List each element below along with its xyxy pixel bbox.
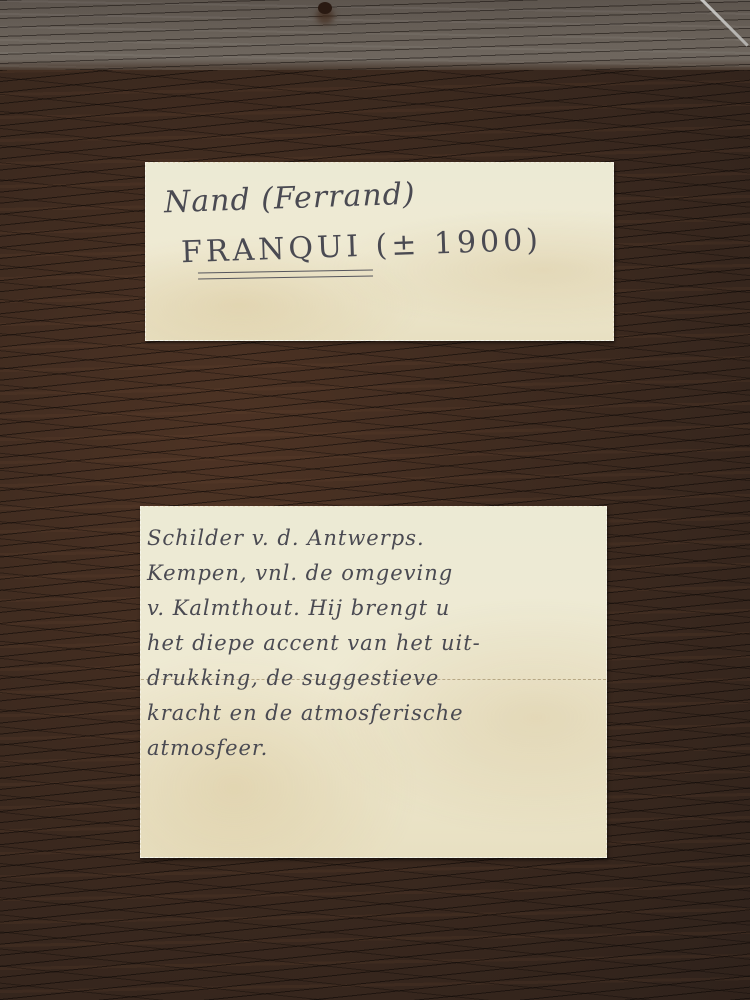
description-line: v. Kalmthout. Hij brengt u xyxy=(147,591,596,626)
frame-top-edge xyxy=(0,0,750,70)
description-line: kracht en de atmosferische xyxy=(147,696,596,731)
double-underline xyxy=(198,269,373,279)
description-line: het diepe accent van het uit- xyxy=(147,626,596,661)
artist-surname-date-line: FRANQUI (± 1900) xyxy=(180,223,542,271)
description-line: atmosfeer. xyxy=(147,731,596,766)
description-line: drukking, de suggestieve xyxy=(147,661,596,696)
description-text: Schilder v. d. Antwerps. Kempen, vnl. de… xyxy=(147,521,596,766)
description-line: Schilder v. d. Antwerps. xyxy=(147,521,596,556)
artist-name-line: Nand (Ferrand) xyxy=(163,177,416,221)
description-label: Schilder v. d. Antwerps. Kempen, vnl. de… xyxy=(140,506,607,858)
photo-scene: Nand (Ferrand) FRANQUI (± 1900) Schilder… xyxy=(0,0,750,1000)
artist-name-label: Nand (Ferrand) FRANQUI (± 1900) xyxy=(145,162,614,341)
nail-hole xyxy=(318,2,332,14)
description-line: Kempen, vnl. de omgeving xyxy=(147,556,596,591)
